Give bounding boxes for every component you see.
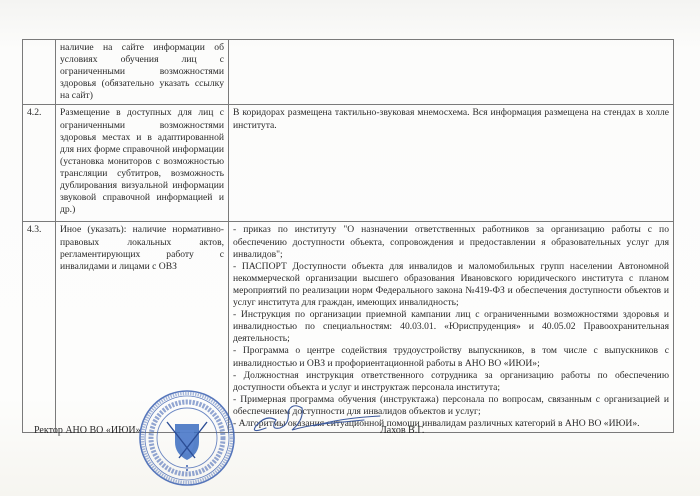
handwritten-signature-icon <box>244 400 384 440</box>
description-list-item: - Должностная инструкция ответственного … <box>233 370 669 394</box>
row-criterion: Размещение в доступных для лиц с огранич… <box>56 105 229 222</box>
description-list-item: - Программа о центре содействия трудоуст… <box>233 345 669 369</box>
signatory-name: Лахов В.Г. <box>380 425 424 436</box>
signatory-position: Ректор АНО ВО «ИЮИ» <box>34 425 141 436</box>
row-number: 4.2. <box>23 105 56 222</box>
row-number: 4.3. <box>23 222 56 433</box>
table-row: наличие на сайте информации об условиях … <box>23 40 674 105</box>
description-list-item: - ПАСПОРТ Доступности объекта для инвали… <box>233 261 669 309</box>
official-seal-icon <box>137 388 237 488</box>
accessibility-info-table: наличие на сайте информации об условиях … <box>22 39 674 433</box>
row-number <box>23 40 56 105</box>
description-list-item: - Инструкция по организации приемной кам… <box>233 309 669 345</box>
row-description <box>229 40 674 105</box>
description-list-item: - приказ по институту "О назначении отве… <box>233 224 669 260</box>
table-row: 4.2. Размещение в доступных для лиц с ог… <box>23 105 674 222</box>
description-paragraph: В коридорах размещена тактильно-звуковая… <box>233 107 669 131</box>
row-description: В коридорах размещена тактильно-звуковая… <box>229 105 674 222</box>
row-criterion: наличие на сайте информации об условиях … <box>56 40 229 105</box>
